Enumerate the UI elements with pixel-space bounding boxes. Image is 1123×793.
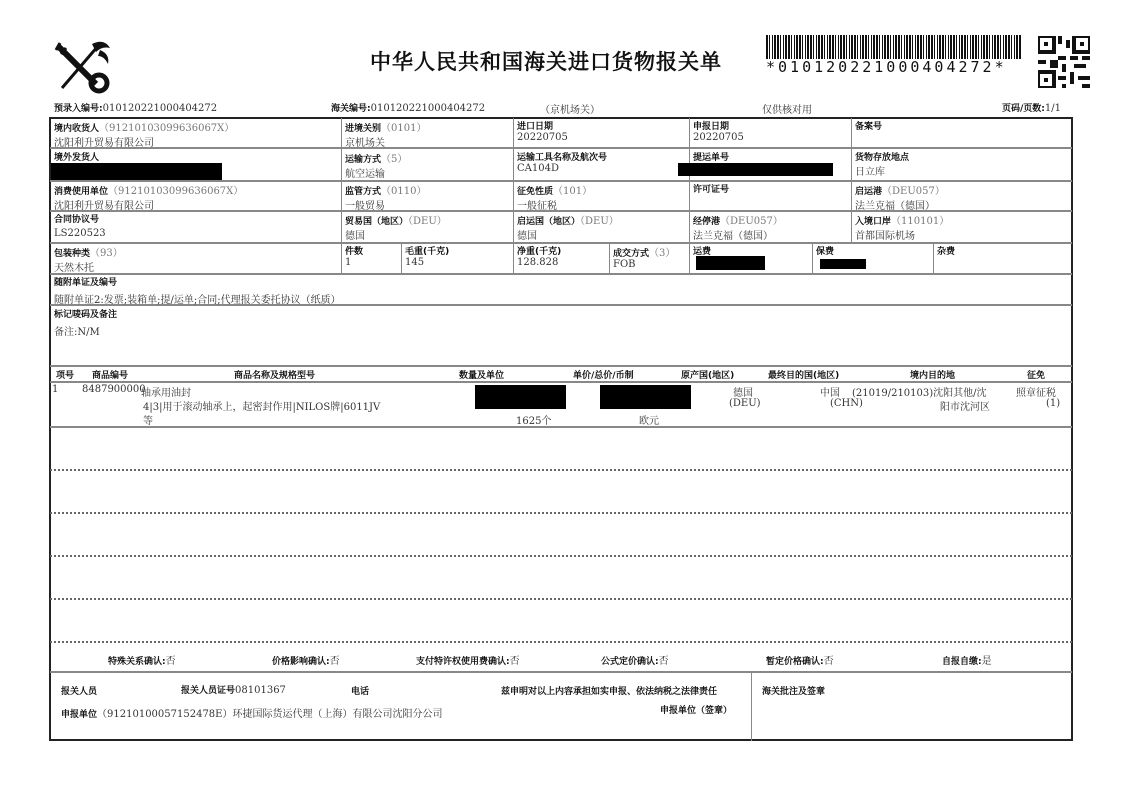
levy-field: 征免性质（101） 一般征税 [517, 182, 592, 212]
package-value: 天然木托 [54, 259, 123, 274]
insurance-redacted [820, 259, 866, 269]
trade-country-code: （DEU） [408, 216, 447, 227]
goods-spec: 4|3|用于滚动轴承上，起密封作用|NILOS牌|6011JV [143, 398, 380, 413]
goods-spec-cont: 等 [143, 412, 153, 427]
hs-code: 8487900000 [82, 384, 146, 395]
marks-field: 标记唛码及备注 备注:N/M [54, 307, 117, 338]
col-price: 单价/总价/币制 [573, 368, 634, 381]
license-label: 许可证号 [693, 182, 729, 195]
depart-port-field: 启运港（DEU057） 法兰克福（德国） [855, 182, 945, 212]
insurance-field: 保费 [816, 244, 834, 257]
consignee-code: （91210103099636067X） [99, 123, 234, 134]
currency: 欧元 [639, 412, 659, 427]
record-no-field: 备案号 [855, 119, 882, 132]
barcode-text: *010120221000404272* [766, 58, 1007, 76]
goods-name: 轴承用油封 [141, 384, 191, 399]
levy-code: （101） [553, 186, 592, 197]
contract-field: 合同协议号 LS220523 [54, 212, 106, 239]
storage-value: 日立库 [855, 163, 909, 178]
declare-date-field: 申报日期 20220705 [693, 119, 744, 143]
quantity-redacted [475, 385, 566, 409]
legal-statement: 兹申明对以上内容承担如实申报、依法纳税之法律责任 [501, 684, 717, 697]
trade-country-value: 德国 [345, 227, 447, 242]
origin-country: 德国 [733, 384, 753, 399]
package-field: 包装种类（93） 天然木托 [54, 244, 123, 274]
shipper-field: 境外发货人 [54, 150, 99, 163]
depart-port-label: 启运港 [855, 187, 882, 197]
pieces-field: 件数 1 [345, 244, 363, 268]
confirm-label: 公式定价确认: [601, 657, 659, 667]
confirm-value: 否 [659, 656, 669, 667]
levy-method-code: (1) [1046, 398, 1060, 409]
item-no: 1 [52, 384, 58, 395]
depart-country-value: 德国 [517, 227, 619, 242]
insurance-label: 保费 [816, 244, 834, 257]
pre-entry-value: 010120221000404272 [103, 103, 218, 114]
qr-code-icon [1038, 36, 1090, 88]
marks-label: 标记唛码及备注 [54, 307, 117, 320]
attached-docs-value: 随附单证2:发票;装箱单;提/运单;合同;代理报关委托协议（纸质） [54, 291, 341, 306]
page-label: 页码/页数: [1002, 104, 1045, 114]
confirm-label: 特殊关系确认: [108, 657, 166, 667]
storage-field: 货物存放地点 日立库 [855, 150, 909, 178]
pre-entry-number: 预录入编号:010120221000404272 [54, 101, 217, 114]
confirm-value: 否 [166, 656, 176, 667]
entry-port-value: 首都国际机场 [855, 227, 949, 242]
barcode [766, 35, 1022, 59]
vessel-value: CA104D [517, 163, 607, 174]
package-code: （93） [90, 248, 123, 259]
attached-docs-field: 随附单证及编号 随附单证2:发票;装箱单;提/运单;合同;代理报关委托协议（纸质… [54, 275, 341, 306]
supervision-label: 监管方式 [345, 187, 381, 197]
phone-label: 电话 [351, 684, 369, 697]
shipper-label: 境外发货人 [54, 150, 99, 163]
declarant-cert: 报关人员证号08101367 [181, 683, 286, 696]
confirm-special-relation: 特殊关系确认:否 [108, 652, 176, 667]
freight-redacted [696, 256, 765, 270]
import-date-label: 进口日期 [517, 119, 568, 132]
transit-port-label: 经停港 [693, 217, 720, 227]
confirm-label: 自报自缴: [942, 657, 982, 667]
confirm-royalty: 支付特许权使用费确认:否 [416, 652, 520, 667]
bill-no-redacted [678, 163, 833, 176]
supervision-code: （0110） [381, 186, 426, 197]
page-indicator: 页码/页数:1/1 [1002, 101, 1061, 114]
confirm-self-payment: 自报自缴:是 [942, 652, 992, 667]
pieces-label: 件数 [345, 244, 363, 257]
bill-no-field: 提运单号 [693, 150, 729, 163]
deal-mode-value: FOB [613, 259, 675, 270]
attached-docs-label: 随附单证及编号 [54, 275, 341, 288]
trade-country-field: 贸易国（地区）（DEU） 德国 [345, 212, 447, 242]
declaring-unit: 申报单位（91210100057152478E）环捷国际货运代理（上海）有限公司… [61, 705, 442, 720]
confirm-price-influence: 价格影响确认:否 [272, 652, 340, 667]
depart-port-value: 法兰克福（德国） [855, 197, 945, 212]
transport-mode-label: 运输方式 [345, 155, 381, 165]
col-levy: 征免 [1027, 368, 1045, 381]
customs-approval: 海关批注及签章 [762, 684, 825, 697]
net-weight-field: 净重(千克) 128.828 [517, 244, 561, 268]
col-quantity: 数量及单位 [459, 368, 504, 381]
shipper-redacted [51, 163, 222, 180]
declaring-unit-value: （91210100057152478E）环捷国际货运代理（上海）有限公司沈阳分公… [97, 709, 442, 720]
vessel-field: 运输工具名称及航次号 CA104D [517, 150, 607, 174]
import-date-field: 进口日期 20220705 [517, 119, 568, 143]
confirm-value: 否 [824, 656, 834, 667]
marks-value: 备注:N/M [54, 323, 117, 338]
confirm-label: 支付特许权使用费确认: [416, 657, 510, 667]
col-destination: 最终目的国(地区) [768, 368, 839, 381]
net-weight-value: 128.828 [517, 257, 561, 268]
transport-mode-field: 运输方式（5） 航空运输 [345, 150, 407, 180]
entry-port-label: 入境口岸 [855, 217, 891, 227]
customs-emblem-icon [52, 38, 114, 94]
consignee-field: 境内收货人（91210103099636067X） 沈阳利升贸易有限公司 [54, 119, 234, 149]
deal-mode-field: 成交方式（3） FOB [613, 244, 675, 270]
import-date-value: 20220705 [517, 132, 568, 143]
levy-value: 一般征税 [517, 197, 592, 212]
misc-fee-label: 杂费 [937, 244, 955, 257]
verify-note: 仅供核对用 [762, 101, 812, 116]
customs-number: 海关编号:010120221000404272 [331, 101, 485, 114]
col-item-no: 项号 [56, 368, 74, 381]
transit-port-code: （DEU057） [720, 216, 783, 227]
transport-mode-value: 航空运输 [345, 165, 407, 180]
storage-label: 货物存放地点 [855, 150, 909, 163]
entry-customs-field: 进境关别（0101） 京机场关 [345, 119, 426, 149]
gross-weight-label: 毛重(千克) [405, 244, 449, 257]
confirm-value: 是 [982, 656, 992, 667]
col-name-spec: 商品名称及规格型号 [234, 368, 315, 381]
entry-customs-label: 进境关别 [345, 124, 381, 134]
declare-date-value: 20220705 [693, 132, 744, 143]
misc-fee-field: 杂费 [937, 244, 955, 257]
depart-country-code: （DEU） [580, 216, 619, 227]
pre-entry-label: 预录入编号: [54, 104, 103, 114]
license-field: 许可证号 [693, 182, 729, 195]
depart-country-label: 启运国（地区） [517, 217, 580, 227]
record-no-label: 备案号 [855, 119, 882, 132]
page-value: 1/1 [1045, 103, 1061, 114]
declarant-label: 报关人员 [61, 684, 97, 697]
destination-country: 中国 [820, 384, 840, 399]
customs-no-value: 010120221000404272 [371, 103, 486, 114]
supervision-field: 监管方式（0110） 一般贸易 [345, 182, 426, 212]
contract-value: LS220523 [54, 228, 106, 239]
levy-label: 征免性质 [517, 187, 553, 197]
consumer-field: 消费使用单位（91210103099636067X） 沈阳利升贸易有限公司 [54, 182, 243, 212]
gross-weight-field: 毛重(千克) 145 [405, 244, 449, 268]
entry-customs-code: （0101） [381, 123, 426, 134]
declarant-cert-value: 08101367 [235, 685, 286, 696]
customs-no-label: 海关编号: [331, 104, 371, 114]
col-hs-code: 商品编号 [92, 368, 128, 381]
declarant-cert-label: 报关人员证号 [181, 686, 235, 696]
confirm-label: 暂定价格确认: [766, 657, 824, 667]
declare-date-label: 申报日期 [693, 119, 744, 132]
col-origin: 原产国(地区) [681, 368, 734, 381]
col-domestic-dest: 境内目的地 [910, 368, 955, 381]
levy-method: 照章征税 [1016, 384, 1056, 399]
confirm-formula-pricing: 公式定价确认:否 [601, 652, 669, 667]
consumer-value: 沈阳利升贸易有限公司 [54, 197, 243, 212]
net-weight-label: 净重(千克) [517, 244, 561, 257]
gross-weight-value: 145 [405, 257, 449, 268]
package-label: 包装种类 [54, 249, 90, 259]
confirm-provisional-price: 暂定价格确认:否 [766, 652, 834, 667]
depart-country-field: 启运国（地区）（DEU） 德国 [517, 212, 619, 242]
customs-office: （京机场关） [540, 101, 600, 116]
transport-mode-code: （5） [381, 154, 407, 165]
consumer-label: 消费使用单位 [54, 187, 108, 197]
document-title: 中华人民共和国海关进口货物报关单 [370, 46, 722, 76]
depart-port-code: （DEU057） [882, 186, 945, 197]
bill-no-label: 提运单号 [693, 150, 729, 163]
entry-port-code: （110101） [891, 216, 949, 227]
entry-customs-value: 京机场关 [345, 134, 426, 149]
trade-country-label: 贸易国（地区） [345, 217, 408, 227]
confirm-label: 价格影响确认: [272, 657, 330, 667]
transit-port-field: 经停港（DEU057） 法兰克福（德国） [693, 212, 783, 242]
transit-port-value: 法兰克福（德国） [693, 227, 783, 242]
entry-port-field: 入境口岸（110101） 首都国际机场 [855, 212, 949, 242]
supervision-value: 一般贸易 [345, 197, 426, 212]
domestic-destination-cont: 阳市沈河区 [940, 398, 990, 413]
origin-code: (DEU) [729, 398, 761, 409]
consumer-code: （91210103099636067X） [108, 186, 243, 197]
consignee-label: 境内收货人 [54, 124, 99, 134]
domestic-destination: (21019/210103)沈阳其他/沈 [852, 384, 987, 399]
declaring-unit-label: 申报单位 [61, 710, 97, 720]
destination-code: (CHN) [830, 398, 863, 409]
confirm-value: 否 [330, 656, 340, 667]
pieces-value: 1 [345, 257, 363, 268]
deal-mode-code: （3） [649, 248, 675, 259]
declarant-seal: 申报单位（签章） [660, 703, 732, 716]
contract-label: 合同协议号 [54, 212, 106, 225]
price-redacted [600, 385, 691, 409]
confirm-value: 否 [510, 656, 520, 667]
vessel-label: 运输工具名称及航次号 [517, 150, 607, 163]
consignee-value: 沈阳利升贸易有限公司 [54, 134, 234, 149]
quantity-unit: 1625个 [516, 412, 551, 427]
deal-mode-label: 成交方式 [613, 249, 649, 259]
